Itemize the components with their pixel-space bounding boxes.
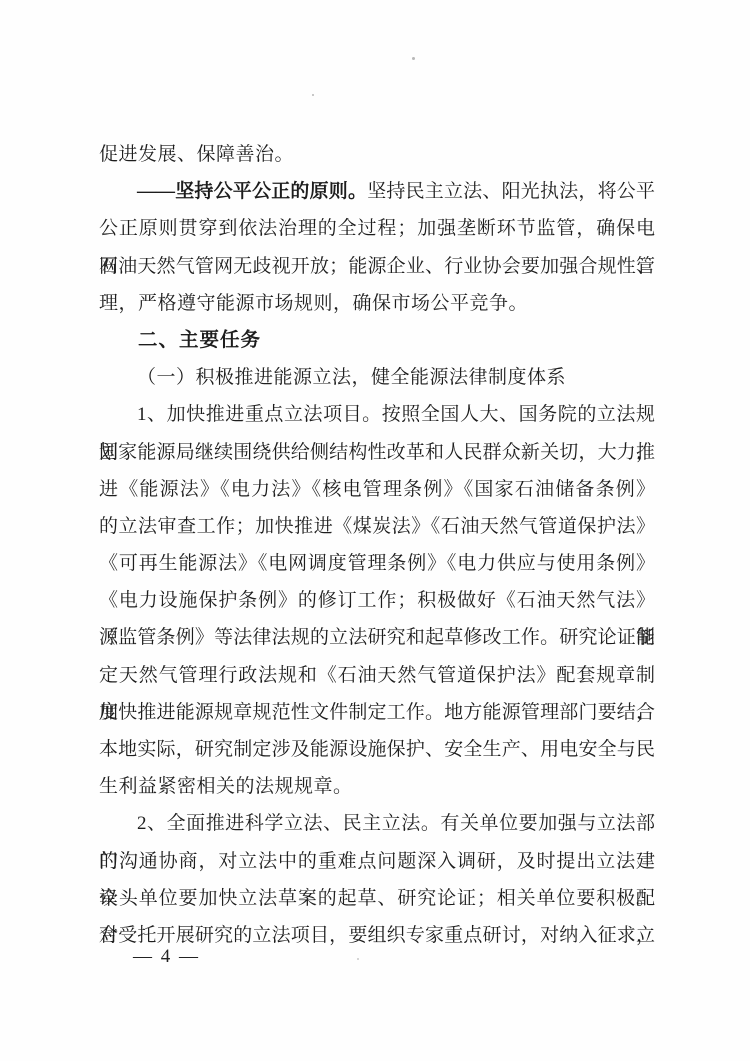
text-segment: 加快推进能源规章规范性文件制定工作。地方能源管理部门要结合 [99,702,655,723]
text-line: 《可再生能源法》《电网调度管理条例》《电力供应与使用条例》 [99,545,655,582]
text-segment: 本地实际，研究制定涉及能源设施保护、安全生产、用电安全与民 [99,739,655,760]
text-segment: 生利益紧密相关的法规规章。 [99,776,353,797]
text-line: 理，严格遵守能源市场规则，确保市场公平竞争。 [99,285,655,322]
scan-speck [312,94,314,96]
text-segment: 进《能源法》《电力法》《核电管理条例》《国家石油储备条例》 [99,479,655,500]
text-line: 生利益紧密相关的法规规章。 [99,768,655,805]
bold-text-segment: 二、主要任务 [138,329,261,351]
scan-speck [357,958,359,960]
text-line: 促进发展、保障善治。 [99,136,655,173]
text-line: 加快推进能源规章规范性文件制定工作。地方能源管理部门要结合 [99,694,655,731]
text-line: 石油天然气管网无歧视开放；能源企业、行业协会要加强合规性管 [99,248,655,285]
text-line: 源监管条例》等法律法规的立法研究和起草修改工作。研究论证制 [99,619,655,656]
text-segment: 促进发展、保障善治。 [99,144,294,165]
text-segment: 石油天然气管网无歧视开放；能源企业、行业协会要加强合规性管 [99,256,655,277]
text-line: 的立法审查工作；加快推进《煤炭法》《石油天然气管道保护法》 [99,508,655,545]
bold-text-segment: ——坚持公平公正的原则。 [137,181,367,202]
page-number: — 4 — [133,946,200,968]
text-line: 2、全面推进科学立法、民主立法。有关单位要加强与立法部门 [99,805,655,842]
text-line: 公正原则贯穿到依法治理的全过程；加强垄断环节监管，确保电网、 [99,210,655,247]
text-line: 1、加快推进重点立法项目。按照全国人大、国务院的立法规划， [99,396,655,433]
text-segment: 对受托开展研究的立法项目，要组织专家重点研讨，对纳入征求立 [99,925,655,946]
text-line: 牵头单位要加快立法草案的起草、研究论证；相关单位要积极配合， [99,880,655,917]
scan-speck [412,57,415,60]
text-segment: 《可再生能源法》《电网调度管理条例》《电力供应与使用条例》 [99,553,655,574]
document-page: 促进发展、保障善治。——坚持公平公正的原则。坚持民主立法、阳光执法，将公平公正原… [0,0,750,1061]
text-segment: 国家能源局继续围绕供给侧结构性改革和人民群众新关切，大力推 [99,442,655,463]
text-line: ——坚持公平公正的原则。坚持民主立法、阳光执法，将公平 [99,173,655,210]
text-line: 的沟通协商，对立法中的重难点问题深入调研，及时提出立法建议。 [99,843,655,880]
text-line: 进《能源法》《电力法》《核电管理条例》《国家石油储备条例》 [99,471,655,508]
text-line: 《电力设施保护条例》的修订工作；积极做好《石油天然气法》《能 [99,582,655,619]
text-line: （一）积极推进能源立法，健全能源法律制度体系 [99,359,655,396]
text-segment: 源监管条例》等法律法规的立法研究和起草修改工作。研究论证制 [99,627,655,648]
document-body: 促进发展、保障善治。——坚持公平公正的原则。坚持民主立法、阳光执法，将公平公正原… [99,136,655,954]
text-segment: 的立法审查工作；加快推进《煤炭法》《石油天然气管道保护法》 [99,516,655,537]
text-segment: （一）积极推进能源立法，健全能源法律制度体系 [137,367,566,388]
text-line: 本地实际，研究制定涉及能源设施保护、安全生产、用电安全与民 [99,731,655,768]
text-line: 定天然气管理行政法规和《石油天然气管道保护法》配套规章制度， [99,657,655,694]
text-segment: 坚持民主立法、阳光执法，将公平 [367,181,655,202]
text-line: 国家能源局继续围绕供给侧结构性改革和人民群众新关切，大力推 [99,434,655,471]
section-heading: 二、主要任务 [99,322,655,359]
text-segment: 理，严格遵守能源市场规则，确保市场公平竞争。 [99,293,528,314]
